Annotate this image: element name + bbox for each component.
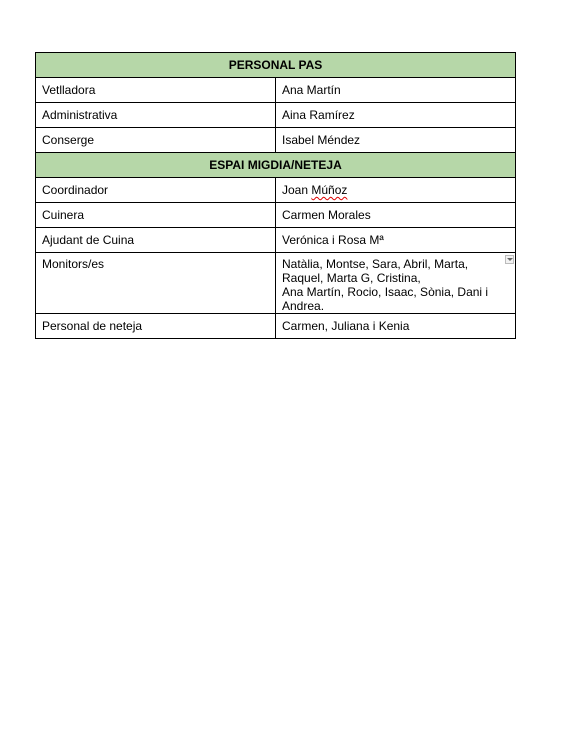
table-row: Vetlladora Ana Martín — [36, 78, 516, 103]
table-row: Administrativa Aina Ramírez — [36, 103, 516, 128]
names-cell[interactable]: Verónica i Rosa Mª — [276, 228, 516, 253]
names-cell[interactable]: Carmen, Juliana i Kenia — [276, 314, 516, 339]
table-row: Coordinador Joan Múñoz — [36, 178, 516, 203]
role-cell[interactable]: Ajudant de Cuina — [36, 228, 276, 253]
names-line-1: Natàlia, Montse, Sara, Abril, Marta, Raq… — [282, 257, 509, 285]
role-cell[interactable]: Administrativa — [36, 103, 276, 128]
role-cell[interactable]: Monitors/es — [36, 253, 276, 314]
role-cell[interactable]: Cuinera — [36, 203, 276, 228]
names-line-2: Ana Martín, Rocio, Isaac, Sònia, Dani i … — [282, 285, 509, 313]
role-cell[interactable]: Vetlladora — [36, 78, 276, 103]
dropdown-arrow-icon[interactable] — [505, 255, 514, 264]
table-row: Conserge Isabel Méndez — [36, 128, 516, 153]
table-row: Ajudant de Cuina Verónica i Rosa Mª — [36, 228, 516, 253]
section-title: ESPAI MIGDIA/NETEJA — [36, 153, 516, 178]
staff-table: PERSONAL PAS Vetlladora Ana Martín Admin… — [35, 52, 516, 339]
table-row: Monitors/es Natàlia, Montse, Sara, Abril… — [36, 253, 516, 314]
names-cell[interactable]: Ana Martín — [276, 78, 516, 103]
table-row: Cuinera Carmen Morales — [36, 203, 516, 228]
spellcheck-flagged-word[interactable]: Múñoz — [311, 183, 347, 197]
names-cell[interactable]: Natàlia, Montse, Sara, Abril, Marta, Raq… — [276, 253, 516, 314]
section-header-personal-pas: PERSONAL PAS — [36, 53, 516, 78]
names-cell[interactable]: Carmen Morales — [276, 203, 516, 228]
role-cell[interactable]: Coordinador — [36, 178, 276, 203]
section-title: PERSONAL PAS — [36, 53, 516, 78]
names-cell[interactable]: Aina Ramírez — [276, 103, 516, 128]
table-row: Personal de neteja Carmen, Juliana i Ken… — [36, 314, 516, 339]
role-cell[interactable]: Personal de neteja — [36, 314, 276, 339]
names-text: Joan — [282, 183, 311, 197]
role-cell[interactable]: Conserge — [36, 128, 276, 153]
section-header-espai-migdia: ESPAI MIGDIA/NETEJA — [36, 153, 516, 178]
names-cell[interactable]: Joan Múñoz — [276, 178, 516, 203]
names-cell[interactable]: Isabel Méndez — [276, 128, 516, 153]
